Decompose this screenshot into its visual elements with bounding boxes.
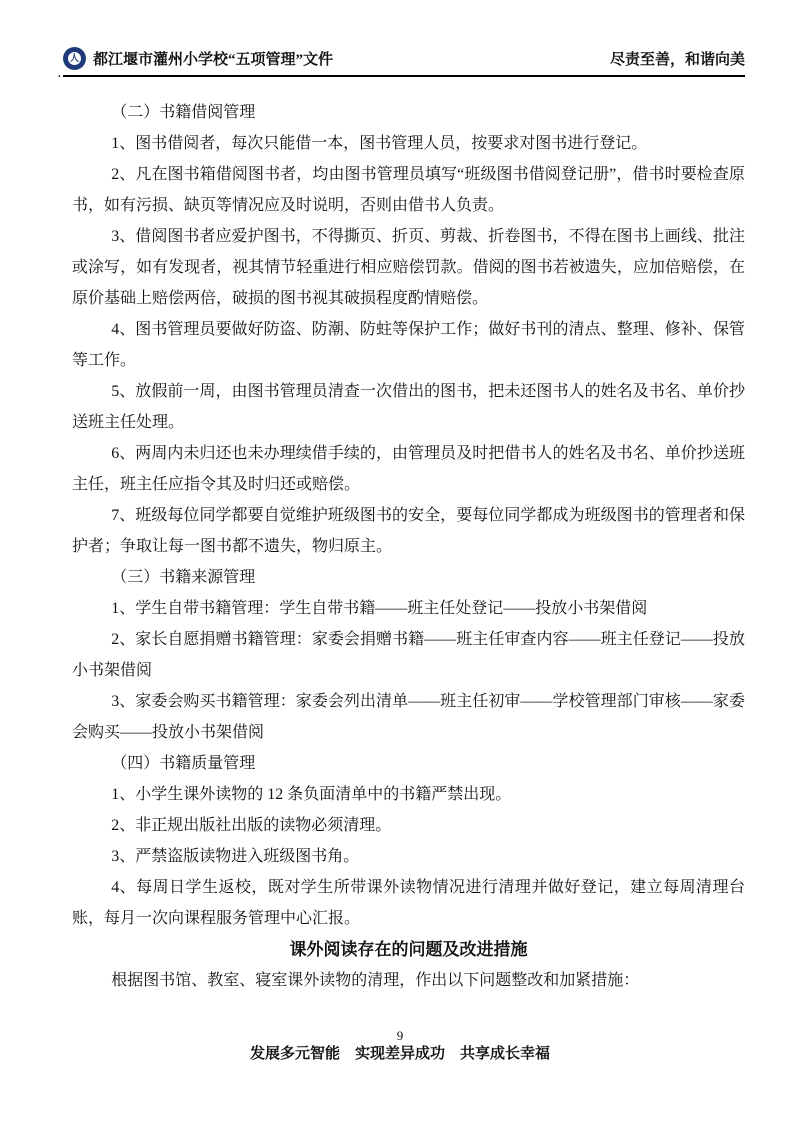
doc-paragraph: 3、借阅图书者应爱护图书，不得撕页、折页、剪裁、折卷图书，不得在图书上画线、批注…	[72, 221, 745, 314]
school-logo-icon: 人	[63, 47, 86, 70]
header-motto: 尽责至善，和谐向美	[610, 48, 745, 69]
header-artifact-dot: .	[58, 68, 61, 80]
doc-paragraph: 5、放假前一周，由图书管理员清查一次借出的图书，把未还图书人的姓名及书名、单价抄…	[72, 376, 745, 438]
doc-paragraph: 4、图书管理员要做好防盗、防潮、防蛀等保护工作；做好书刊的清点、整理、修补、保管…	[72, 314, 745, 376]
school-logo-emblem: 人	[68, 52, 81, 65]
doc-paragraph: 2、家长自愿捐赠书籍管理：家委会捐赠书籍——班主任审查内容——班主任登记——投放…	[72, 624, 745, 686]
doc-paragraph: 4、每周日学生返校，既对学生所带课外读物情况进行清理并做好登记，建立每周清理台账…	[72, 872, 745, 934]
doc-paragraph: 6、两周内未归还也未办理续借手续的，由管理员及时把借书人的姓名及书名、单价抄送班…	[72, 438, 745, 500]
section-heading: （四）书籍质量管理	[72, 748, 745, 779]
section-heading: （三）书籍来源管理	[72, 562, 745, 593]
doc-paragraph: 2、非正规出版社出版的读物必须清理。	[72, 810, 745, 841]
page-number: 9	[0, 1028, 800, 1044]
header-title: 都江堰市灌州小学校“五项管理”文件	[93, 48, 333, 69]
doc-paragraph: 3、严禁盗版读物进入班级图书角。	[72, 841, 745, 872]
page-header: 人 都江堰市灌州小学校“五项管理”文件 尽责至善，和谐向美	[63, 47, 745, 77]
doc-paragraph: 7、班级每位同学都要自觉维护班级图书的安全，要每位同学都成为班级图书的管理者和保…	[72, 500, 745, 562]
document-body: （二）书籍借阅管理 1、图书借阅者，每次只能借一本，图书管理人员，按要求对图书进…	[72, 97, 745, 996]
document-page: 人 都江堰市灌州小学校“五项管理”文件 尽责至善，和谐向美 . （二）书籍借阅管…	[0, 0, 800, 1131]
doc-paragraph: 2、凡在图书箱借阅图书者，均由图书管理员填写“班级图书借阅登记册”，借书时要检查…	[72, 159, 745, 221]
doc-paragraph: 根据图书馆、教室、寝室课外读物的清理，作出以下问题整改和加紧措施：	[72, 965, 745, 996]
centered-section-title: 课外阅读存在的问题及改进措施	[72, 934, 745, 965]
page-footer: 9 发展多元智能 实现差异成功 共享成长幸福	[0, 1028, 800, 1064]
doc-paragraph: 1、图书借阅者，每次只能借一本，图书管理人员，按要求对图书进行登记。	[72, 128, 745, 159]
doc-paragraph: 3、家委会购买书籍管理：家委会列出清单——班主任初审——学校管理部门审核——家委…	[72, 686, 745, 748]
doc-paragraph: 1、学生自带书籍管理：学生自带书籍——班主任处登记——投放小书架借阅	[72, 593, 745, 624]
doc-paragraph: 1、小学生课外读物的 12 条负面清单中的书籍严禁出现。	[72, 779, 745, 810]
footer-motto: 发展多元智能 实现差异成功 共享成长幸福	[0, 1044, 800, 1064]
section-heading: （二）书籍借阅管理	[72, 97, 745, 128]
